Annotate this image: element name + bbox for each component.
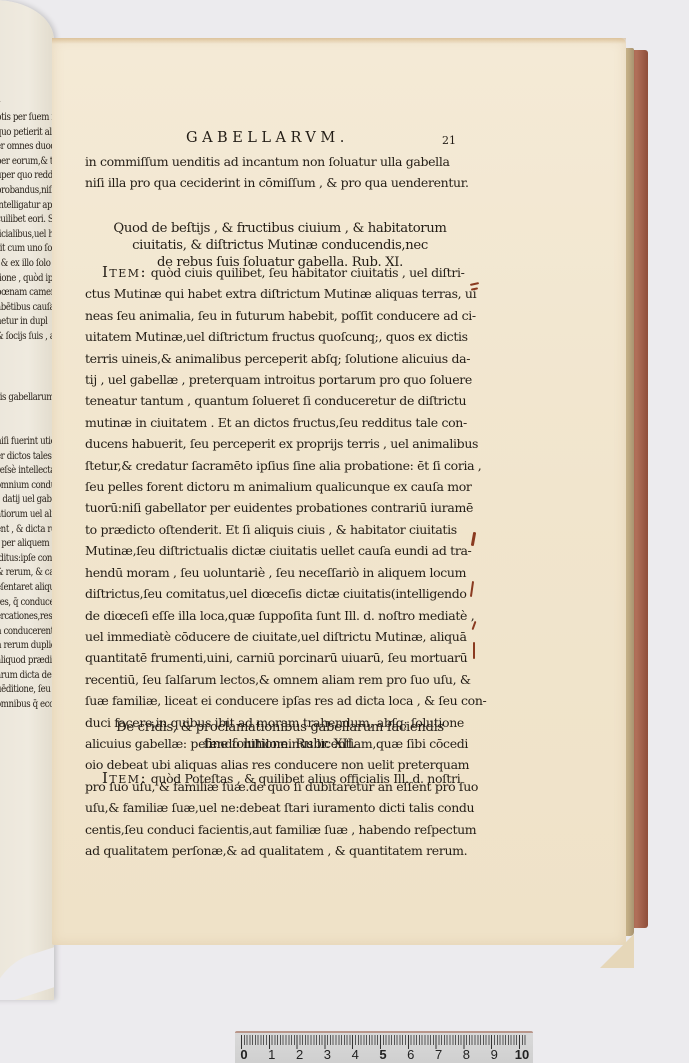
text-line: hendū moram , ſeu uoluntariè , ſeu neceſ… bbox=[85, 562, 492, 583]
left-page-line: ptis per ſuem ſae bbox=[0, 110, 45, 125]
item-opening: Item: bbox=[102, 769, 147, 787]
left-page-line: er dictos tales de bbox=[0, 449, 45, 464]
scale-ruler: 012345678910 bbox=[235, 1031, 533, 1063]
text-line: centis,ſeu conduci facientis,aut familiæ… bbox=[85, 819, 492, 840]
ruler-label: 10 bbox=[515, 1047, 529, 1062]
left-page-line: lditus:ipſe cond bbox=[0, 551, 45, 566]
text-line: recentiū, ſeu ſalſarum lectos,& omnem al… bbox=[85, 669, 492, 690]
left-page-line: er omnes duodec bbox=[0, 139, 45, 154]
text-line: quòd Poteſtas , & quilibet alius officia… bbox=[151, 771, 461, 786]
text-line: tuorū:niſi gabellator per euidentes prob… bbox=[85, 497, 492, 518]
left-page-line: n rerum duplica bbox=[0, 638, 45, 653]
left-page-line: cuilibet eori. Sa bbox=[0, 212, 45, 227]
left-page-line: omnibus q̄ eccide bbox=[0, 697, 45, 712]
ruler-label: 2 bbox=[296, 1047, 303, 1062]
ruler-label: 5 bbox=[379, 1047, 386, 1062]
folded-corner bbox=[600, 934, 634, 968]
text-line: niſi illa pro qua ceciderint in cōmiſſum… bbox=[85, 172, 475, 193]
ruler-label: 4 bbox=[352, 1047, 359, 1062]
text-line: teneatur tantum , quantum ſolueret ſi co… bbox=[85, 390, 492, 411]
page-curl bbox=[0, 942, 54, 1000]
text-line: terris uineis,& animalibus perceperit ab… bbox=[85, 348, 492, 369]
continuation-text: in commiſſum uenditis ad incantum non ſo… bbox=[85, 151, 475, 194]
left-page-line: aliquod prædict bbox=[0, 653, 45, 668]
ruler-label: 1 bbox=[268, 1047, 275, 1062]
left-page-line: per eorum,& tant bbox=[0, 154, 45, 169]
item-opening: Item: bbox=[102, 263, 147, 281]
rubric-line: De cridis, & proclamationibus gabellarum… bbox=[85, 720, 475, 737]
left-page-line: niſi fuerint utio bbox=[0, 434, 45, 449]
rubric-line: ciuitatis, & diſtrictus Mutinæ conducend… bbox=[85, 238, 475, 255]
text-line: quòd ciuis quilibet, ſeu habitator ciuit… bbox=[151, 265, 465, 280]
text-line: neas ſeu animalia, ſeu in futurum habebi… bbox=[85, 305, 492, 326]
text-line: uel immediatè cōducere de ciuitate,uel d… bbox=[85, 626, 492, 647]
text-line: diſtrictus,ſeu comitatus,uel diœceſis di… bbox=[85, 583, 492, 604]
text-line: ctus Mutinæ qui habet extra diſtrictum M… bbox=[85, 283, 492, 304]
page-number: 21 bbox=[442, 134, 456, 147]
left-page-line: omnium condu bbox=[0, 478, 45, 493]
ruler-labels: 012345678910 bbox=[235, 1047, 533, 1063]
left-page-line: intelligatur appa bbox=[0, 198, 45, 213]
left-page-heading: ris gabellarum. bbox=[0, 390, 45, 405]
text-line: ducens habuerit, ſeu perceperit ex propr… bbox=[85, 433, 492, 454]
left-page-line: & ſocijs ſuis , ami bbox=[0, 329, 45, 344]
margin-mark bbox=[473, 642, 475, 659]
text-line: uſu,& familiæ ſuæ,uel ne:debeat ſtari iu… bbox=[85, 797, 492, 818]
left-page-line: ercationes,res, ac bbox=[0, 609, 45, 624]
rubric-xii-heading: De cridis, & proclamationibus gabellarum… bbox=[85, 720, 475, 754]
text-line: quantitatē frumenti,uini, carniū porcina… bbox=[85, 647, 492, 668]
left-page-line: uēditione, ſeu pe bbox=[0, 682, 45, 697]
left-page-line: netur in dupl bbox=[0, 314, 45, 329]
text-line: ad qualitatem perſonæ,& ad qualitatem , … bbox=[85, 840, 492, 861]
ruler-label: 9 bbox=[491, 1047, 498, 1062]
left-page-line: ent , & dicta res bbox=[0, 522, 45, 537]
text-line: ſeu pelles forent dictoru m animalium qu… bbox=[85, 476, 492, 497]
left-page-line: t per aliquem co bbox=[0, 536, 45, 551]
ruler-label: 6 bbox=[407, 1047, 414, 1062]
left-page-line: tione , quòd ipſ bbox=[0, 271, 45, 286]
ruler-label: 3 bbox=[324, 1047, 331, 1062]
left-facing-page: A ptis per ſuem ſaequo petierit aliquer … bbox=[0, 0, 54, 1000]
left-page-line: probandus,niſi d bbox=[0, 183, 45, 198]
text-line: de diœceſi eſſe illa loca,quæ ſuppoſita … bbox=[85, 605, 492, 626]
left-page-line: arum dicta de co bbox=[0, 668, 45, 683]
text-line: ſuæ familiæ, liceat ei conducere ipſas r… bbox=[85, 690, 492, 711]
left-page-line: uper quo reddim bbox=[0, 168, 45, 183]
running-head: GABELLARVM. bbox=[186, 130, 386, 146]
text-line: uitatem Mutinæ,uel diſtrictum fructus qu… bbox=[85, 326, 492, 347]
left-page-line: pœnam cameræ bbox=[0, 285, 45, 300]
left-page-line: , & ex illo ſolo ſu bbox=[0, 256, 45, 271]
text-line: in commiſſum uenditis ad incantum non ſo… bbox=[85, 151, 475, 172]
ruler-label: 7 bbox=[435, 1047, 442, 1062]
left-page-line: quo petierit aliqu bbox=[0, 125, 45, 140]
left-page-line: res, q̄ conducen bbox=[0, 595, 45, 610]
ruler-label: 0 bbox=[240, 1047, 247, 1062]
text-line: ſtetur,& credatur ſacramēto ipſius ſine … bbox=[85, 455, 492, 476]
text-line: mutinæ in ciuitatem . Et an dictos fruct… bbox=[85, 412, 492, 433]
left-page-line: abētibus cauſa bbox=[0, 300, 45, 315]
text-line: to prædicto oſtenderit. Et ſi aliquis ci… bbox=[85, 519, 492, 540]
rubric-line: Quod de beſtijs , & fructibus ciuium , &… bbox=[85, 221, 475, 238]
rubric-line: ſine ſolutione. Rubr. XII. bbox=[85, 737, 475, 754]
left-page-line: ficialibus,uel habi bbox=[0, 227, 45, 242]
left-page-line: atiorum uel ali bbox=[0, 507, 45, 522]
item-xii-paragraph: Item: quòd Poteſtas , & quilibet alius o… bbox=[102, 768, 492, 789]
left-page-line: eſentaret aliquen bbox=[0, 580, 45, 595]
left-page-line: reſsè intellecta, q bbox=[0, 463, 45, 478]
left-page-line: s datij uel gabell bbox=[0, 492, 45, 507]
text-line: Mutinæ,ſeu diſtrictualis dictæ ciuitatis… bbox=[85, 540, 492, 561]
left-page-line: & rerum, & cam bbox=[0, 565, 45, 580]
left-page-text: ptis per ſuem ſaequo petierit aliquer om… bbox=[0, 110, 45, 711]
ruler-label: 8 bbox=[463, 1047, 470, 1062]
text-line: tij , uel gabellæ , preterquam introitus… bbox=[85, 369, 492, 390]
left-page-line: n conducerentu bbox=[0, 624, 45, 639]
left-page-line: rit cum uno ſoci bbox=[0, 241, 45, 256]
